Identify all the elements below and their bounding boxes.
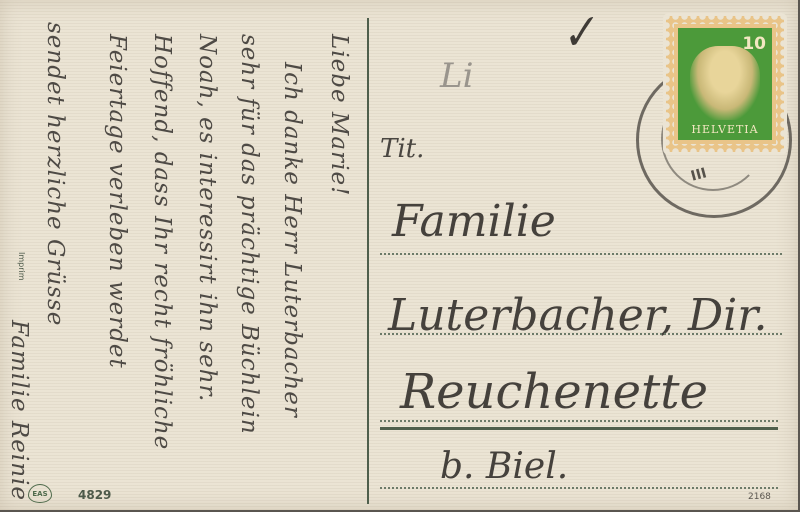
- stamp-country: HELVETIA: [678, 123, 772, 136]
- message-line: Noah, es interessirt ihn sehr.: [194, 34, 220, 402]
- checkmark-icon: ✓: [555, 5, 602, 63]
- stamp-face: 10 HELVETIA: [678, 28, 772, 140]
- address-salutation: Tit.: [380, 134, 424, 164]
- postage-stamp: 10 HELVETIA: [666, 16, 784, 152]
- address-rule-4: [380, 487, 778, 489]
- portrait-icon: [690, 46, 760, 120]
- message-line: Ich danke Herr Luterbacher: [279, 62, 305, 418]
- card-number: 4829: [78, 488, 111, 502]
- address-line-3: Reuchenette: [400, 364, 708, 420]
- imprint-text: Imprim: [17, 252, 26, 281]
- center-divider: [367, 18, 369, 504]
- publisher-logo-icon: EAS: [28, 484, 52, 503]
- address-rule-2: [380, 333, 782, 335]
- address-line-4: b. Biel.: [440, 446, 568, 487]
- address-rule-3: [380, 420, 778, 422]
- message-line-salutation: Liebe Marie!: [326, 34, 352, 196]
- pencil-mark: Li: [440, 56, 473, 96]
- message-line: sehr für das prächtige Büchlein: [236, 34, 262, 435]
- stamp-frame: 10 HELVETIA: [674, 24, 776, 144]
- address-rule-solid: [380, 427, 778, 430]
- stamp-value: 10: [742, 34, 766, 54]
- address-rule-1: [380, 253, 782, 255]
- message-line: sendet herzliche Grüsse: [42, 22, 68, 326]
- series-number: 2168: [748, 492, 771, 502]
- message-line-signature: Familie Reinie: [6, 320, 32, 501]
- message-line: Feiertage verleben werdet: [104, 34, 130, 369]
- postcard: Liebe Marie! Ich danke Herr Luterbacher …: [0, 0, 798, 510]
- address-line-1: Familie: [392, 196, 556, 247]
- message-line: Hoffend, dass Ihr recht fröhliche: [149, 34, 175, 450]
